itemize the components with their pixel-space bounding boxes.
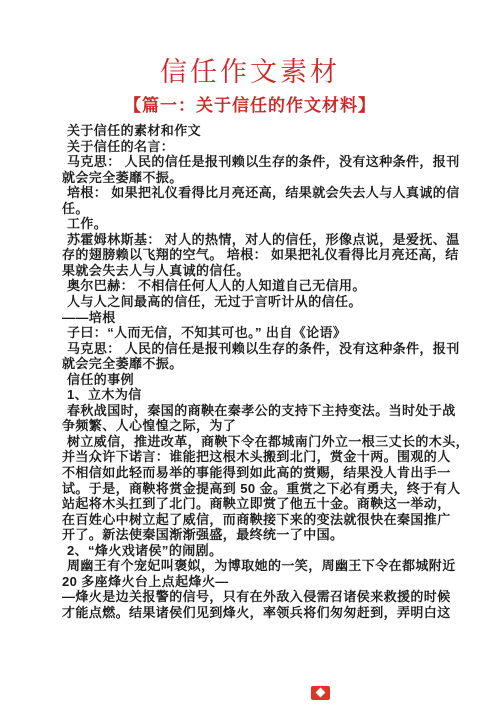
- page-subtitle: 【篇一：关于信任的作文材料】: [0, 91, 500, 116]
- text-line: 就会完全萎靡不振。: [62, 170, 454, 186]
- text-line: 马克思： 人民的信任是报刊赖以生存的条件，没有这种条件，报刊: [62, 341, 454, 357]
- text-line: 在百姓心中树立起了威信，而商鞅接下来的变法就很快在秦国推广: [62, 512, 454, 528]
- text-line: 马克思： 人民的信任是报刊赖以生存的条件，没有这种条件，报刊: [62, 154, 454, 170]
- text-line: 才能点燃。结果诸侯们见到烽火，率领兵将们匆匆赶到，弄明白这: [62, 605, 454, 621]
- text-line: 站起将木头扛到了北门。商鞅立即赏了他五十金。商鞅这一举动，: [62, 496, 454, 512]
- text-line: 存的翅膀赖以飞翔的空气。 培根： 如果把礼仪看得比月亮还高，结: [62, 247, 454, 263]
- body-text: 关于信任的素材和作文关于信任的名言：马克思： 人民的信任是报刊赖以生存的条件，没…: [62, 123, 454, 621]
- text-line: 2、“烽火戏诸侯”的闹剧。: [62, 543, 454, 559]
- text-line: 果就会失去人与人真诚的信任。: [62, 263, 454, 279]
- text-line: 树立威信，推进改革，商鞅下令在都城南门外立一根三丈长的木头，: [62, 434, 454, 450]
- text-line: 周幽王有个宠妃叫褒姒，为博取她的一笑，周幽王下令在都城附近: [62, 558, 454, 574]
- text-line: 关于信任的名言：: [62, 139, 454, 155]
- text-line: 春秋战国时，秦国的商鞅在秦孝公的支持下主持变法。当时处于战: [62, 403, 454, 419]
- document-page: 信任作文素材 【篇一：关于信任的作文材料】 关于信任的素材和作文关于信任的名言：…: [0, 0, 500, 707]
- page-title: 信任作文素材: [0, 50, 500, 89]
- text-line: 1、立木为信: [62, 387, 454, 403]
- text-line: ——培根: [62, 310, 454, 326]
- text-line: 人与人之间最高的信任，无过于言听计从的信任。: [62, 294, 454, 310]
- text-line: 奥尔巴赫： 不相信任何人人的人知道自己无信用。: [62, 278, 454, 294]
- text-line: 开了。新法使秦国渐渐强盛，最终统一了中国。: [62, 527, 454, 543]
- watermark-logo-icon: [311, 686, 330, 700]
- text-line: 关于信任的素材和作文: [62, 123, 454, 139]
- text-line: —烽火是边关报警的信号，只有在外敌入侵需召诸侯来救援的时候: [62, 589, 454, 605]
- text-line: 子曰：“人而无信，不知其可也。” 出自《论语》: [62, 325, 454, 341]
- text-line: 并当众许下诺言：谁能把这根木头搬到北门，赏金十两。围观的人: [62, 449, 454, 465]
- text-line: 任。: [62, 201, 454, 217]
- text-line: 试。于是，商鞅将赏金提高到 50 金。重赏之下必有勇夫，终于有人: [62, 481, 454, 497]
- text-line: 苏霍姆林斯基： 对人的热情，对人的信任，形像点说，是爱抚、温: [62, 232, 454, 248]
- text-line: 争频繁、人心惶惶之际，为了: [62, 418, 454, 434]
- text-line: 20 多座烽火台上点起烽火—: [62, 574, 454, 590]
- text-line: 不相信如此轻而易举的事能得到如此高的赏赐，结果没人肯出手一: [62, 465, 454, 481]
- text-line: 就会完全萎靡不振。: [62, 356, 454, 372]
- text-line: 培根： 如果把礼仪看得比月亮还高，结果就会失去人与人真诚的信: [62, 185, 454, 201]
- text-line: 工作。: [62, 216, 454, 232]
- text-line: 信任的事例: [62, 372, 454, 388]
- watermark-glyph: [316, 688, 326, 698]
